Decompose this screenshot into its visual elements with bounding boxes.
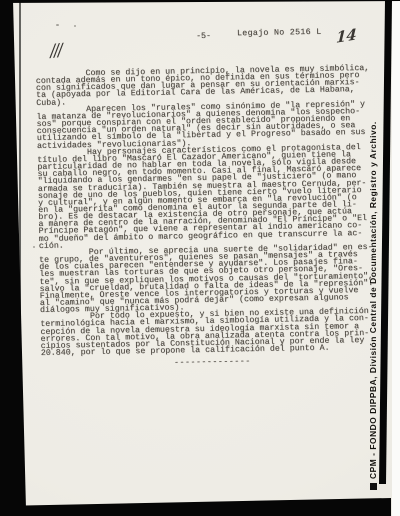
- typed-paragraph: Por último, se aprecia una suerte de "so…: [39, 244, 385, 315]
- typed-paragraph: Aparecen los "rurales" como sinónimo de …: [36, 100, 382, 149]
- file-reference: Legajo No 2516 L: [237, 29, 322, 38]
- typed-block: -5- Legajo No 2516 L Como se dijo en un …: [35, 30, 386, 370]
- divider-dashes: --------------: [174, 356, 386, 367]
- scan-border-bottom: [0, 495, 391, 516]
- scanned-page: -5- Legajo No 2516 L Como se dijo en un …: [0, 0, 400, 516]
- typed-paragraph: Por todo lo expuesto, y si bien no exist…: [40, 308, 386, 357]
- handwritten-tally-mark: ///: [49, 40, 62, 61]
- ink-speck: [56, 24, 59, 26]
- typed-paragraphs: Como se dijo en un principio, la novela …: [36, 65, 386, 358]
- page-header: -5- Legajo No 2516 L: [35, 30, 380, 44]
- scan-border-top: [0, 0, 400, 3]
- ink-speck: [74, 25, 76, 27]
- cpm-stamp: CPM - FONDO DIPPBA, División Central de …: [367, 121, 379, 490]
- cpm-square-icon: [370, 483, 377, 490]
- scan-margin-right: [392, 0, 400, 516]
- typed-paragraph: Hay personajes característicos como el p…: [37, 143, 384, 249]
- scan-border-left: [0, 0, 27, 509]
- stamp-text: CPM - FONDO DIPPBA, División Central de …: [368, 121, 378, 479]
- handwritten-folio-number: 14: [336, 25, 358, 47]
- ink-speck: [33, 246, 35, 248]
- page-number: -5-: [196, 33, 211, 40]
